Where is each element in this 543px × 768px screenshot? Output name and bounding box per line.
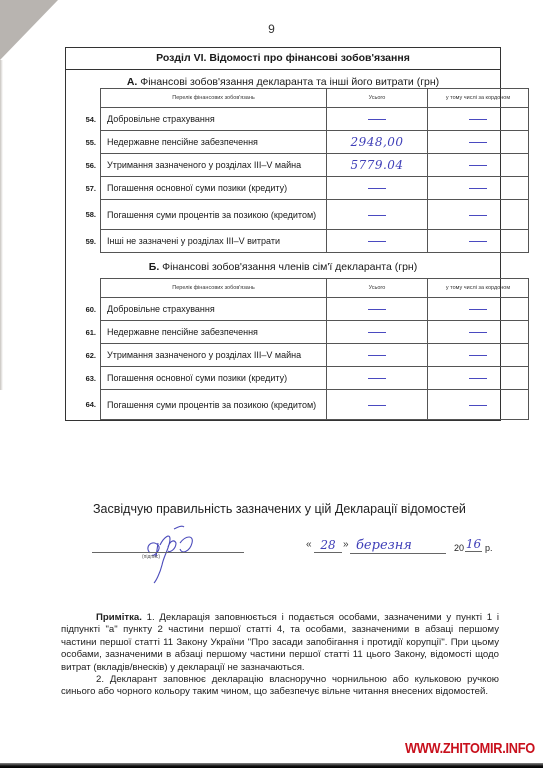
row-number: 54.: [82, 108, 101, 131]
handwritten-dash: [368, 119, 386, 120]
signature-caption: (підпис): [142, 554, 160, 560]
date-year: 16: [465, 537, 482, 552]
note-heading: Примітка.: [96, 612, 142, 623]
handwritten-dash: [368, 188, 386, 189]
handwritten-dash: [469, 309, 487, 310]
part-a-letter: А.: [127, 76, 138, 88]
row-total: [327, 390, 428, 420]
table-row: 57.Погашення основної суми позики (креди…: [82, 177, 529, 200]
handwritten-dash: [368, 405, 386, 406]
page-number: 9: [0, 22, 543, 36]
row-label: Добровільне страхування: [101, 298, 327, 321]
row-label: Утримання зазначеного у розділах III–V м…: [101, 344, 327, 367]
handwritten-dash: [368, 309, 386, 310]
row-number: 64.: [82, 390, 101, 420]
table-family-obligations: Перелік фінансових зобов'язань Усього у …: [82, 278, 529, 420]
note-paragraph-1: Примітка. 1. Декларація заповнюється і п…: [61, 612, 499, 674]
header-obligation-list: Перелік фінансових зобов'язань: [101, 89, 327, 108]
header-abroad: у тому числі за кордоном: [428, 279, 529, 298]
row-total: [327, 298, 428, 321]
row-abroad: [428, 367, 529, 390]
row-total: 2948,00: [327, 131, 428, 154]
handwritten-dash: [469, 405, 487, 406]
site-watermark: WWW.ZHITOMIR.INFO: [405, 740, 535, 757]
part-b-title-text: Фінансові зобов'язання членів сім'ї декл…: [159, 261, 417, 273]
handwritten-dash: [469, 142, 487, 143]
row-label: Утримання зазначеного у розділах III–V м…: [101, 154, 327, 177]
table-row: 59.Інші не зазначені у розділах III–V ви…: [82, 230, 529, 253]
handwritten-dash: [469, 241, 487, 242]
row-total: [327, 321, 428, 344]
part-b-letter: Б.: [149, 261, 159, 273]
header-total: Усього: [327, 279, 428, 298]
row-total: [327, 108, 428, 131]
row-number: 55.: [82, 131, 101, 154]
table-row: 58.Погашення суми процентів за позикою (…: [82, 200, 529, 230]
handwritten-dash: [469, 215, 487, 216]
table-row: 61.Недержавне пенсійне забезпечення: [82, 321, 529, 344]
section-title: Розділ VI. Відомості про фінансові зобов…: [66, 48, 500, 70]
row-number: 60.: [82, 298, 101, 321]
table-declarant-obligations: Перелік фінансових зобов'язань Усього у …: [82, 88, 529, 253]
scanner-edge: [0, 60, 3, 390]
table-row: 56.Утримання зазначеного у розділах III–…: [82, 154, 529, 177]
handwritten-dash: [368, 355, 386, 356]
handwritten-dash: [469, 188, 487, 189]
handwritten-dash: [368, 215, 386, 216]
row-abroad: [428, 108, 529, 131]
row-abroad: [428, 344, 529, 367]
header-total: Усього: [327, 89, 428, 108]
row-abroad: [428, 154, 529, 177]
row-label: Добровільне страхування: [101, 108, 327, 131]
row-abroad: [428, 200, 529, 230]
handwritten-dash: [368, 332, 386, 333]
part-a-title-text: Фінансові зобов'язання декларанта та інш…: [137, 76, 439, 88]
handwritten-dash: [368, 378, 386, 379]
row-abroad: [428, 177, 529, 200]
row-number: 56.: [82, 154, 101, 177]
table-row: 64.Погашення суми процентів за позикою (…: [82, 390, 529, 420]
row-label: Погашення основної суми позики (кредиту): [101, 367, 327, 390]
row-label: Погашення суми процентів за позикою (кре…: [101, 200, 327, 230]
table-header: Перелік фінансових зобов'язань Усього у …: [82, 89, 529, 108]
table-row: 62.Утримання зазначеного у розділах III–…: [82, 344, 529, 367]
row-number: 62.: [82, 344, 101, 367]
handwritten-dash: [469, 378, 487, 379]
signature-line: [92, 552, 244, 553]
row-total: [327, 344, 428, 367]
row-label: Недержавне пенсійне забезпечення: [101, 131, 327, 154]
row-abroad: [428, 298, 529, 321]
handwritten-dash: [469, 355, 487, 356]
handwritten-dash: [469, 332, 487, 333]
row-abroad: [428, 131, 529, 154]
row-number: 61.: [82, 321, 101, 344]
table-row: 60.Добровільне страхування: [82, 298, 529, 321]
scanner-bottom-edge: [0, 763, 543, 768]
row-label: Погашення суми процентів за позикою (кре…: [101, 390, 327, 420]
row-total: [327, 230, 428, 253]
note-block: Примітка. 1. Декларація заповнюється і п…: [61, 612, 499, 699]
date-month: березня: [350, 538, 446, 554]
row-total: [327, 367, 428, 390]
date-year-unit: р.: [485, 543, 493, 553]
row-total: [327, 200, 428, 230]
certification-statement: Засвідчую правильність зазначених у цій …: [93, 502, 466, 516]
row-number: 59.: [82, 230, 101, 253]
table-row: 55.Недержавне пенсійне забезпечення2948,…: [82, 131, 529, 154]
row-number: 63.: [82, 367, 101, 390]
header-obligation-list: Перелік фінансових зобов'язань: [101, 279, 327, 298]
row-label: Недержавне пенсійне забезпечення: [101, 321, 327, 344]
row-number: 57.: [82, 177, 101, 200]
date-year-prefix: 20: [454, 543, 464, 553]
row-number: 58.: [82, 200, 101, 230]
row-total: [327, 177, 428, 200]
table-row: 63.Погашення основної суми позики (креди…: [82, 367, 529, 390]
row-abroad: [428, 321, 529, 344]
part-b-title: Б. Фінансові зобов'язання членів сім'ї д…: [65, 261, 501, 273]
handwritten-dash: [469, 119, 487, 120]
handwritten-dash: [368, 241, 386, 242]
table-row: 54.Добровільне страхування: [82, 108, 529, 131]
date-quote-open: «: [306, 539, 312, 550]
date-quote-close: »: [343, 539, 349, 550]
note-paragraph-2: 2. Декларант заповнює декларацію власнор…: [61, 674, 499, 699]
date-day: 28: [314, 538, 342, 553]
row-total: 5779.04: [327, 154, 428, 177]
header-abroad: у тому числі за кордоном: [428, 89, 529, 108]
row-abroad: [428, 390, 529, 420]
row-abroad: [428, 230, 529, 253]
row-label: Інші не зазначені у розділах III–V витра…: [101, 230, 327, 253]
handwritten-dash: [469, 165, 487, 166]
table-header: Перелік фінансових зобов'язань Усього у …: [82, 279, 529, 298]
row-label: Погашення основної суми позики (кредиту): [101, 177, 327, 200]
